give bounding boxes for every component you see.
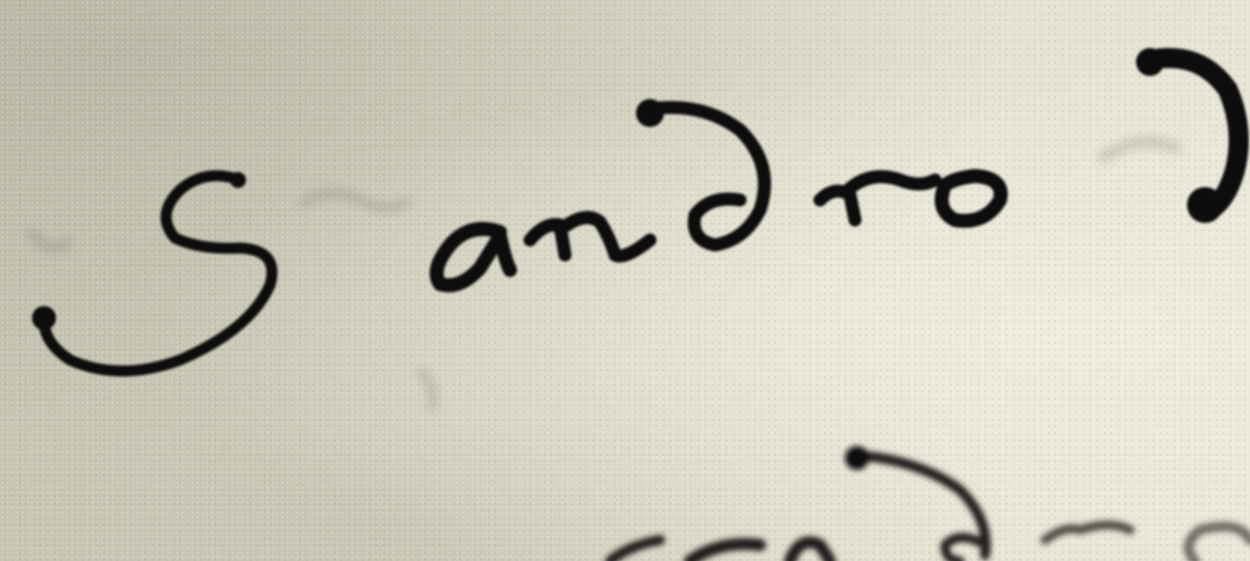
- letter-r: [820, 177, 935, 220]
- handwriting-ink: [0, 0, 1250, 561]
- letter-o: [942, 176, 1001, 221]
- letter-n: [530, 218, 650, 257]
- faded-letter-r: [1045, 525, 1130, 540]
- faded-letter-o: [1189, 527, 1250, 561]
- faded-letter-a: [610, 540, 660, 561]
- faded-letter-n: [690, 542, 830, 561]
- letter-S: [44, 176, 272, 371]
- photo-handwritten-script: Sandro Sandro: [0, 0, 1250, 561]
- line-1-sandro: [32, 48, 1239, 371]
- letter-d: [645, 108, 765, 246]
- line-2-sandro: [610, 446, 1250, 561]
- letter-next-cropped: [1150, 58, 1239, 212]
- faded-letter-d-bowl: [945, 538, 985, 561]
- letter-a: [437, 229, 510, 285]
